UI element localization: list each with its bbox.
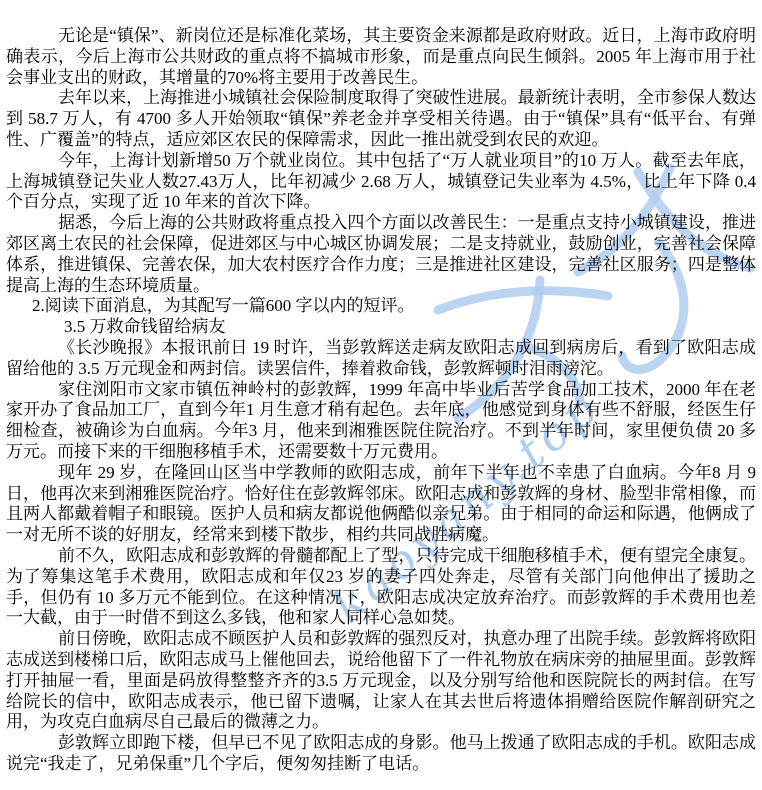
paragraph: 家住浏阳市文家市镇伍神岭村的彭敦辉，1999 年高中毕业后苦学食品加工技术，20… <box>6 380 756 463</box>
paragraph: 彭敦辉立即跑下楼，但早已不见了欧阳志成的身影。他马上拨通了欧阳志成的手机。欧阳志… <box>6 733 756 775</box>
paragraph: 《长沙晚报》本报讯前日 19 时许，当彭敦辉送走病友欧阳志成回到病房后，看到了欧… <box>6 338 756 380</box>
paragraph: 2.阅读下面消息，为其配写一篇600 字以内的短评。 <box>6 296 756 317</box>
paragraph: 前不久，欧阳志成和彭敦辉的骨髓都配上了型，只待完成干细胞移植手术，便有望完全康复… <box>6 546 756 629</box>
paragraph: 今年，上海计划新增50 万个就业岗位。其中包括了“万人就业项目”的10 万人。截… <box>6 151 756 213</box>
paragraph: 无论是“镇保”、新岗位还是标准化菜场，其主要资金来源都是政府财政。近日，上海市政… <box>6 26 756 88</box>
paragraph: 据悉，今后上海的公共财政将重点投入四个方面以改善民生：一是重点支持小城镇建设，推… <box>6 213 756 296</box>
document-body: 无论是“镇保”、新岗位还是标准化菜场，其主要资金来源都是政府财政。近日，上海市政… <box>0 0 762 775</box>
paragraph: 3.5 万救命钱留给病友 <box>6 317 756 338</box>
paragraph: 去年以来，上海推进小城镇社会保险制度取得了突破性进展。最新统计表明，全市参保人数… <box>6 88 756 150</box>
paragraph: 现年 29 岁，在隆回山区当中学教师的欧阳志成，前年下半年也不幸患了白血病。今年… <box>6 463 756 546</box>
paragraph: 前日傍晚，欧阳志成不顾医护人员和彭敦辉的强烈反对，执意办理了出院手续。彭敦辉将欧… <box>6 629 756 733</box>
